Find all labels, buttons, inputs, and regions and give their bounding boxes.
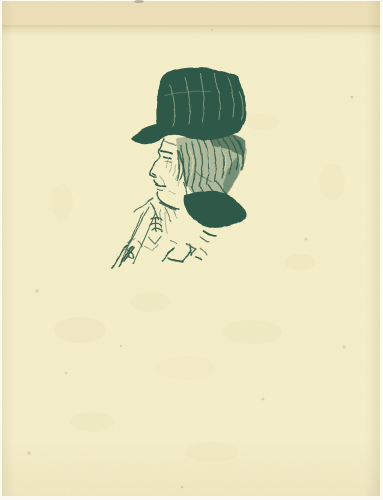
book-page [0,0,383,500]
scan-artifact [134,0,144,3]
page-scan [0,0,383,500]
